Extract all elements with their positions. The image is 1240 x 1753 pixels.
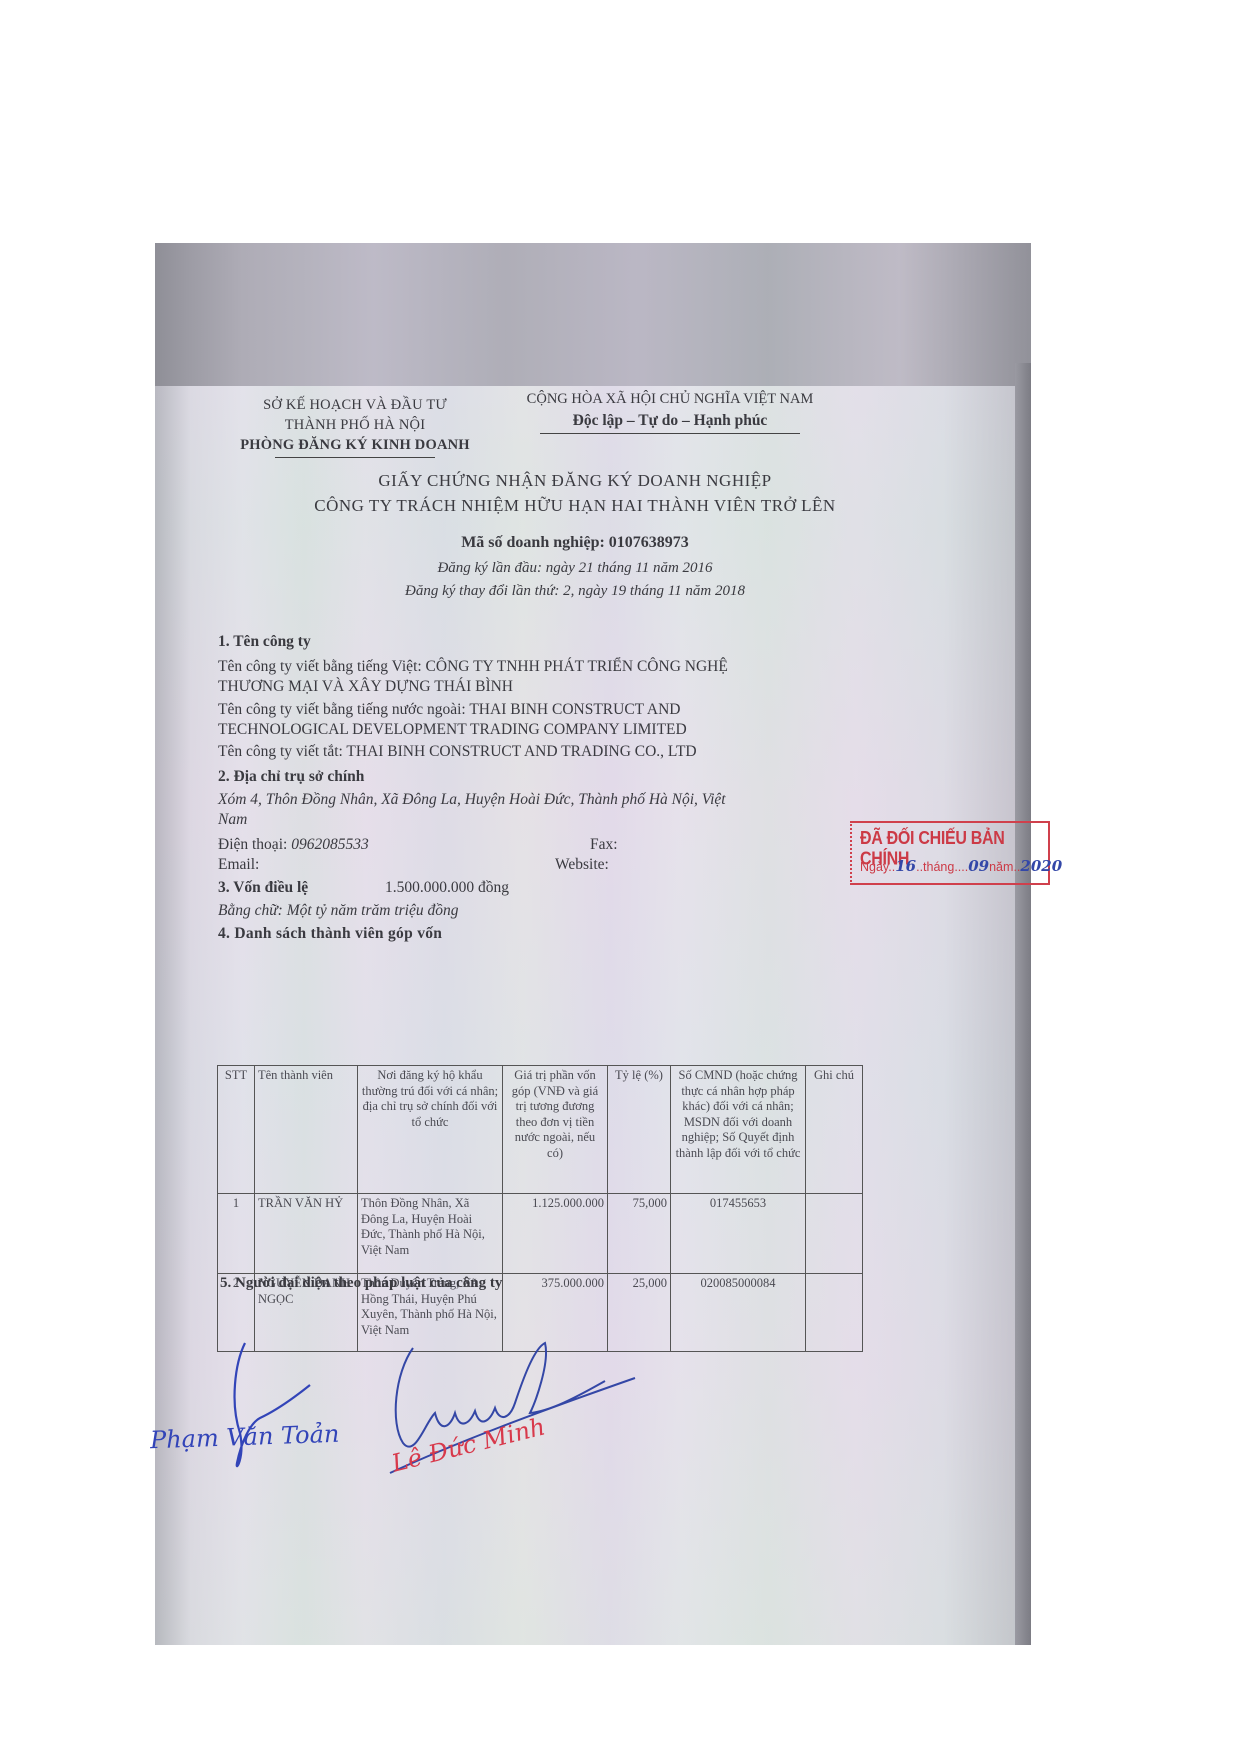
charter-capital-words: Bằng chữ: Một tỷ năm trăm triệu đồng <box>218 901 459 921</box>
change-registration-date: Đăng ký thay đổi lần thứ: 2, ngày 19 thá… <box>195 583 955 600</box>
cell-note <box>806 1274 863 1352</box>
authority-line-3: PHÒNG ĐĂNG KÝ KINH DOANH <box>225 435 485 455</box>
address-line-1: Xóm 4, Thôn Đồng Nhân, Xã Đông La, Huyện… <box>218 790 726 810</box>
short-company-name: Tên công ty viết tắt: THAI BINH CONSTRUC… <box>218 742 697 762</box>
section-4-heading: 4. Danh sách thành viên góp vốn <box>218 924 442 944</box>
section-1-heading: 1. Tên công ty <box>218 632 311 652</box>
col-header-name: Tên thành viên <box>255 1066 358 1194</box>
col-header-capital: Giá trị phần vốn góp (VNĐ và giá trị tươ… <box>503 1066 608 1194</box>
authority-line-1: SỞ KẾ HOẠCH VÀ ĐẦU TƯ <box>225 395 485 415</box>
stamp-date: Ngày..16..tháng....09năm..2020 <box>860 857 1062 875</box>
issuing-authority: SỞ KẾ HOẠCH VÀ ĐẦU TƯ THÀNH PHỐ HÀ NỘI P… <box>225 395 485 458</box>
signature-scribble-1 <box>215 1323 335 1483</box>
stamp-day-label: Ngày <box>860 860 888 874</box>
cell-address: Thôn Đồng Nhân, Xã Đông La, Huyện Hoài Đ… <box>358 1194 503 1274</box>
charter-capital: 1.500.000.000 đồng <box>385 878 509 898</box>
certificate-page: SỞ KẾ HOẠCH VÀ ĐẦU TƯ THÀNH PHỐ HÀ NỘI P… <box>155 243 1031 1645</box>
address-line-2: Nam <box>218 810 247 830</box>
national-motto: CỘNG HÒA XÃ HỘI CHỦ NGHĨA VIỆT NAM Độc l… <box>495 388 845 434</box>
cell-stt: 1 <box>218 1194 255 1274</box>
fax-label: Fax: <box>590 835 618 855</box>
section-5-heading: 5. Người đại diện theo pháp luật của côn… <box>220 1273 502 1293</box>
cell-capital: 1.125.000.000 <box>503 1194 608 1274</box>
vn-company-name-line-2: THƯƠNG MẠI VÀ XÂY DỰNG THÁI BÌNH <box>218 677 513 697</box>
phone-row: Điện thoại: 0962085533 <box>218 835 369 855</box>
table-row: 1 TRẦN VĂN HỶ Thôn Đồng Nhân, Xã Đông La… <box>218 1194 863 1274</box>
website-label: Website: <box>555 855 609 875</box>
stamp-day-value: 16 <box>895 857 916 875</box>
cell-note <box>806 1194 863 1274</box>
section-2-heading: 2. Địa chỉ trụ sở chính <box>218 767 364 787</box>
col-header-ratio: Tỷ lệ (%) <box>608 1066 671 1194</box>
cell-ratio: 75,000 <box>608 1194 671 1274</box>
stamp-month-value: 09 <box>968 857 989 875</box>
authority-underline <box>275 457 435 458</box>
stamp-year-label: năm <box>989 860 1013 874</box>
cell-name: TRẦN VĂN HỶ <box>255 1194 358 1274</box>
col-header-id: Số CMND (hoặc chứng thực cá nhân hợp phá… <box>671 1066 806 1194</box>
motto-underline <box>540 433 800 434</box>
email-label: Email: <box>218 855 259 875</box>
enterprise-code: Mã số doanh nghiệp: 0107638973 <box>195 534 955 552</box>
first-registration-date: Đăng ký lần đầu: ngày 21 tháng 11 năm 20… <box>195 560 955 577</box>
col-header-stt: STT <box>218 1066 255 1194</box>
scanned-certificate: SỞ KẾ HOẠCH VÀ ĐẦU TƯ THÀNH PHỐ HÀ NỘI P… <box>155 243 1031 1645</box>
phone-label: Điện thoại: <box>218 836 287 853</box>
certified-copy-stamp: ĐÃ ĐỐI CHIẾU BẢN CHÍNH Ngày..16..tháng..… <box>850 821 1050 885</box>
vn-company-name-line-1: Tên công ty viết bằng tiếng Việt: CÔNG T… <box>218 657 728 677</box>
cell-id: 020085000084 <box>671 1274 806 1352</box>
stamp-month-label: tháng <box>923 860 954 874</box>
certificate-title: GIẤY CHỨNG NHẬN ĐĂNG KÝ DOANH NGHIỆP <box>195 471 955 491</box>
foreign-company-name-line-1: Tên công ty viết bằng tiếng nước ngoài: … <box>218 700 680 720</box>
stamp-year-value: 2020 <box>1020 857 1062 875</box>
republic-name: CỘNG HÒA XÃ HỘI CHỦ NGHĨA VIỆT NAM <box>495 388 845 410</box>
phone-value: 0962085533 <box>291 836 369 853</box>
col-header-address: Nơi đăng ký hộ khẩu thường trú đối với c… <box>358 1066 503 1194</box>
col-header-note: Ghi chú <box>806 1066 863 1194</box>
foreign-company-name-line-2: TECHNOLOGICAL DEVELOPMENT TRADING COMPAN… <box>218 720 687 740</box>
authority-line-2: THÀNH PHỐ HÀ NỘI <box>225 415 485 435</box>
company-type: CÔNG TY TRÁCH NHIỆM HỮU HẠN HAI THÀNH VI… <box>195 496 955 516</box>
table-header-row: STT Tên thành viên Nơi đăng ký hộ khẩu t… <box>218 1066 863 1194</box>
section-3-heading: 3. Vốn điều lệ <box>218 878 308 898</box>
cell-id: 017455653 <box>671 1194 806 1274</box>
motto: Độc lập – Tự do – Hạnh phúc <box>495 410 845 432</box>
